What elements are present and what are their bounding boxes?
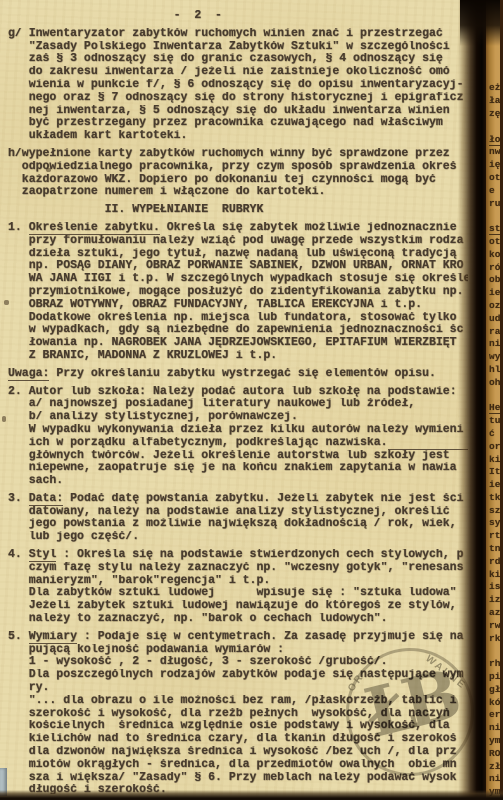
text-line: każdorazowo WKZ. Dopiero po dokonaniu te…	[8, 174, 468, 187]
paragraph: 4. Styl : Określa się na podstawie stwie…	[8, 549, 468, 626]
text-line: Dla zabytków sztuki ludowej wpisuje się …	[8, 587, 468, 600]
text-line: manieryzm", "barok"regencja" i t.p.	[8, 575, 468, 588]
paper-speck	[46, 168, 51, 172]
text-line: lub jego część/.	[8, 531, 468, 544]
text-line: wienia w punkcie f/, § 6 odnoszący się d…	[8, 79, 468, 92]
text-line: nej inwentarza, § 5 odnoszący się do ukł…	[8, 105, 468, 118]
binding-shadow	[458, 0, 488, 800]
page-number: - 2 -	[8, 10, 468, 23]
text-line: 4. Styl : Określa się na podstawie stwie…	[8, 549, 468, 562]
paragraph: II. WYPEŁNIANIE RUBRYK	[8, 204, 468, 217]
text-line: 2. Autor lub szkoła: Należy podać autora…	[8, 386, 468, 399]
text-line: do zakresu inwentarza / jeżeli nie zaist…	[8, 66, 468, 79]
text-line: b/ analizy stylistycznej, porównawczej.	[8, 411, 468, 424]
text-line: jego powstania z możliwie największą dok…	[8, 518, 468, 531]
paragraph: 2. Autor lub szkoła: Należy podać autora…	[8, 386, 468, 488]
text-line: czym fazę stylu należy zaznaczyć np. "wc…	[8, 562, 468, 575]
paragraph: 1. Określenie zabytku. Określa się zabyt…	[8, 222, 468, 363]
text-line: W wypadku wykonywania dzieła przez kilku…	[8, 424, 468, 437]
text-line: przymiotnikowe, mogące posłużyć do ziden…	[8, 286, 468, 299]
text-line: należy to zaznaczyć, np. "barok o cechac…	[8, 613, 468, 626]
text-line: być przestrzegany przez pracownika czuwa…	[8, 117, 468, 130]
text-line: przy formułowaniu należy wziąć pod uwagę…	[8, 235, 468, 248]
text-line: zaopatrzone numerem i włączone do kartot…	[8, 186, 468, 199]
paper-speck	[2, 416, 6, 422]
text-line: Dodatkowe określenia np. miejsca lub fun…	[8, 312, 468, 325]
text-line: np. POSĄG DIANY, OBRAZ PORWANIE SABINEK,…	[8, 260, 468, 273]
text-line: datowany, należy na podstawie analizy st…	[8, 506, 468, 519]
text-line: a/ najnowszej posiadanej literatury nauk…	[8, 398, 468, 411]
text-line: sach.	[8, 475, 468, 488]
text-line: dzieła sztuki, jego tytuł, nazwę nadaną …	[8, 248, 468, 261]
text-line: Jeżeli zabytek sztuki ludowej nawiązuje …	[8, 600, 468, 613]
text-line: II. WYPEŁNIANIE RUBRYK	[8, 204, 468, 217]
text-line: 3. Data: Podać datę powstania zabytku. J…	[8, 493, 468, 506]
text-line: OBRAZ WOTYWNY, OBRAZ FUNDACYJNY, TABLICA…	[8, 299, 468, 312]
text-line: h/wypełnione karty zabytków ruchomych wi…	[8, 148, 468, 161]
paragraph: 3. Data: Podać datę powstania zabytku. J…	[8, 493, 468, 544]
text-line: w wypadkach, gdy są niezbędne do zapewni…	[8, 324, 468, 337]
text-line: Z BRANIC, MADONNA Z KRUŻLOWEJ i t.p.	[8, 350, 468, 363]
text-line: odpowiedzialnego pracownika, przy czym s…	[8, 161, 468, 174]
text-line: WA JANA IIGI i t.p. W szczególnych wypad…	[8, 273, 468, 286]
text-line: 5. Wymiary : Podaje się w centymetrach. …	[8, 631, 468, 644]
paragraph: h/wypełnione karty zabytków ruchomych wi…	[8, 148, 468, 199]
paragraph: Uwaga: Przy określaniu zabytku wystrzega…	[8, 368, 468, 381]
text-line: niepewne, zaopatruje się je na końcu zna…	[8, 462, 468, 475]
paragraph: g/ Inwentaryzator zabytków ruchomych win…	[8, 28, 468, 143]
text-line: łowania np. NAGROBEK JANA JĘDRZEJOWSKIEG…	[8, 337, 468, 350]
text-line: ich w porządku alfabetycznym, podkreślaj…	[8, 437, 468, 450]
strip-top-shadow	[460, 0, 503, 46]
paper-speck	[4, 300, 9, 305]
document-page: - 2 - g/ Inwentaryzator zabytków ruchomy…	[0, 0, 503, 800]
text-line: "Zasady Polskiego Inwentarza Zabytków Sz…	[8, 41, 468, 54]
text-line: 1. Określenie zabytku. Określa się zabyt…	[8, 222, 468, 235]
text-line: układem kart kartoteki.	[8, 130, 468, 143]
scan-bottom-edge	[0, 790, 503, 800]
text-line: g/ Inwentaryzator zabytków ruchomych win…	[8, 28, 468, 41]
text-line: nego oraz § 7 odnoszący się do strony hi…	[8, 92, 468, 105]
text-line: zaś § 3 odnoszący się do granic czasowyc…	[8, 53, 468, 66]
text-line: głównych twórców. Jeżeli określenie auto…	[8, 450, 468, 463]
text-line: Uwaga: Przy określaniu zabytku wystrzega…	[8, 368, 468, 381]
